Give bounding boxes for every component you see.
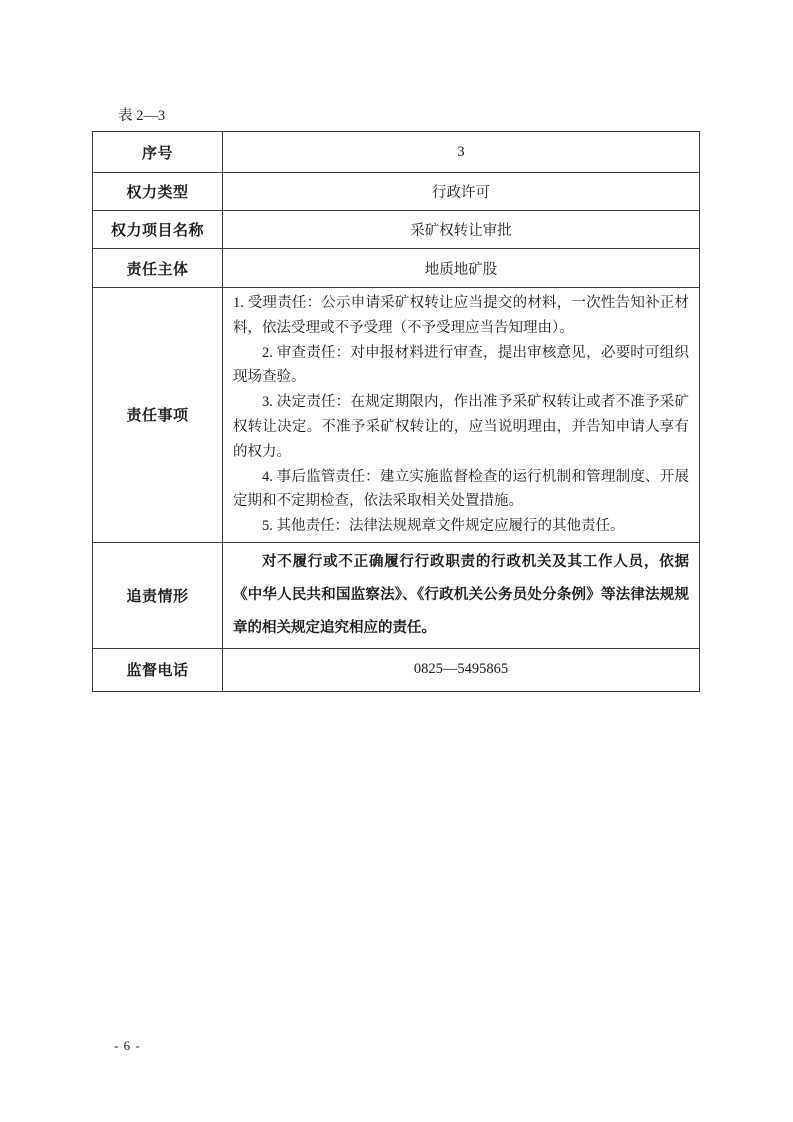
row-label: 权力类型 (93, 173, 223, 211)
duty-paragraph: 5. 其他责任：法律法规规章文件规定应履行的其他责任。 (233, 514, 689, 539)
page-number: - 6 - (114, 1038, 141, 1054)
table-row-duty-items: 责任事项 1. 受理责任：公示申请采矿权转让应当提交的材料，一次性告知补正材料，… (93, 288, 700, 543)
duty-paragraph: 3. 决定责任：在规定期限内，作出准予采矿权转让或者不准予采矿权转让决定。不准予… (233, 390, 689, 464)
row-value-accountability: 对不履行或不正确履行行政职责的行政机关及其工作人员，依据《中华人民共和国监察法》… (223, 542, 700, 648)
table-row-responsible-entity: 责任主体 地质地矿股 (93, 249, 700, 288)
document-page: 表 2—3 序号 3 权力类型 行政许可 权力项目名称 采矿权转让审批 责任主体… (0, 0, 793, 1122)
duty-paragraph: 4. 事后监管责任：建立实施监督检查的运行机制和管理制度、开展定期和不定期检查，… (233, 465, 689, 515)
row-label: 责任事项 (93, 288, 223, 543)
power-item-table: 序号 3 权力类型 行政许可 权力项目名称 采矿权转让审批 责任主体 地质地矿股… (92, 131, 700, 692)
table-caption: 表 2—3 (118, 104, 165, 125)
table-row-power-item-name: 权力项目名称 采矿权转让审批 (93, 211, 700, 249)
row-label: 序号 (93, 132, 223, 173)
row-label: 追责情形 (93, 542, 223, 648)
row-label: 责任主体 (93, 249, 223, 288)
row-value: 采矿权转让审批 (223, 211, 700, 249)
table-row-supervision-phone: 监督电话 0825—5495865 (93, 648, 700, 691)
row-value: 行政许可 (223, 173, 700, 211)
row-label: 监督电话 (93, 648, 223, 691)
row-value-phone-number: 0825—5495865 (223, 648, 700, 691)
table-row-power-type: 权力类型 行政许可 (93, 173, 700, 211)
duty-paragraph: 2. 审查责任：对申报材料进行审查，提出审核意见，必要时可组织现场查验。 (233, 341, 689, 391)
row-value-duty-items: 1. 受理责任：公示申请采矿权转让应当提交的材料，一次性告知补正材料，依法受理或… (223, 288, 700, 543)
table-row-serial-number: 序号 3 (93, 132, 700, 173)
row-label: 权力项目名称 (93, 211, 223, 249)
table-row-accountability-circumstances: 追责情形 对不履行或不正确履行行政职责的行政机关及其工作人员，依据《中华人民共和… (93, 542, 700, 648)
duty-paragraph: 1. 受理责任：公示申请采矿权转让应当提交的材料，一次性告知补正材料，依法受理或… (233, 291, 689, 341)
accountability-paragraph: 对不履行或不正确履行行政职责的行政机关及其工作人员，依据《中华人民共和国监察法》… (233, 546, 689, 645)
row-value: 3 (223, 132, 700, 173)
row-value: 地质地矿股 (223, 249, 700, 288)
